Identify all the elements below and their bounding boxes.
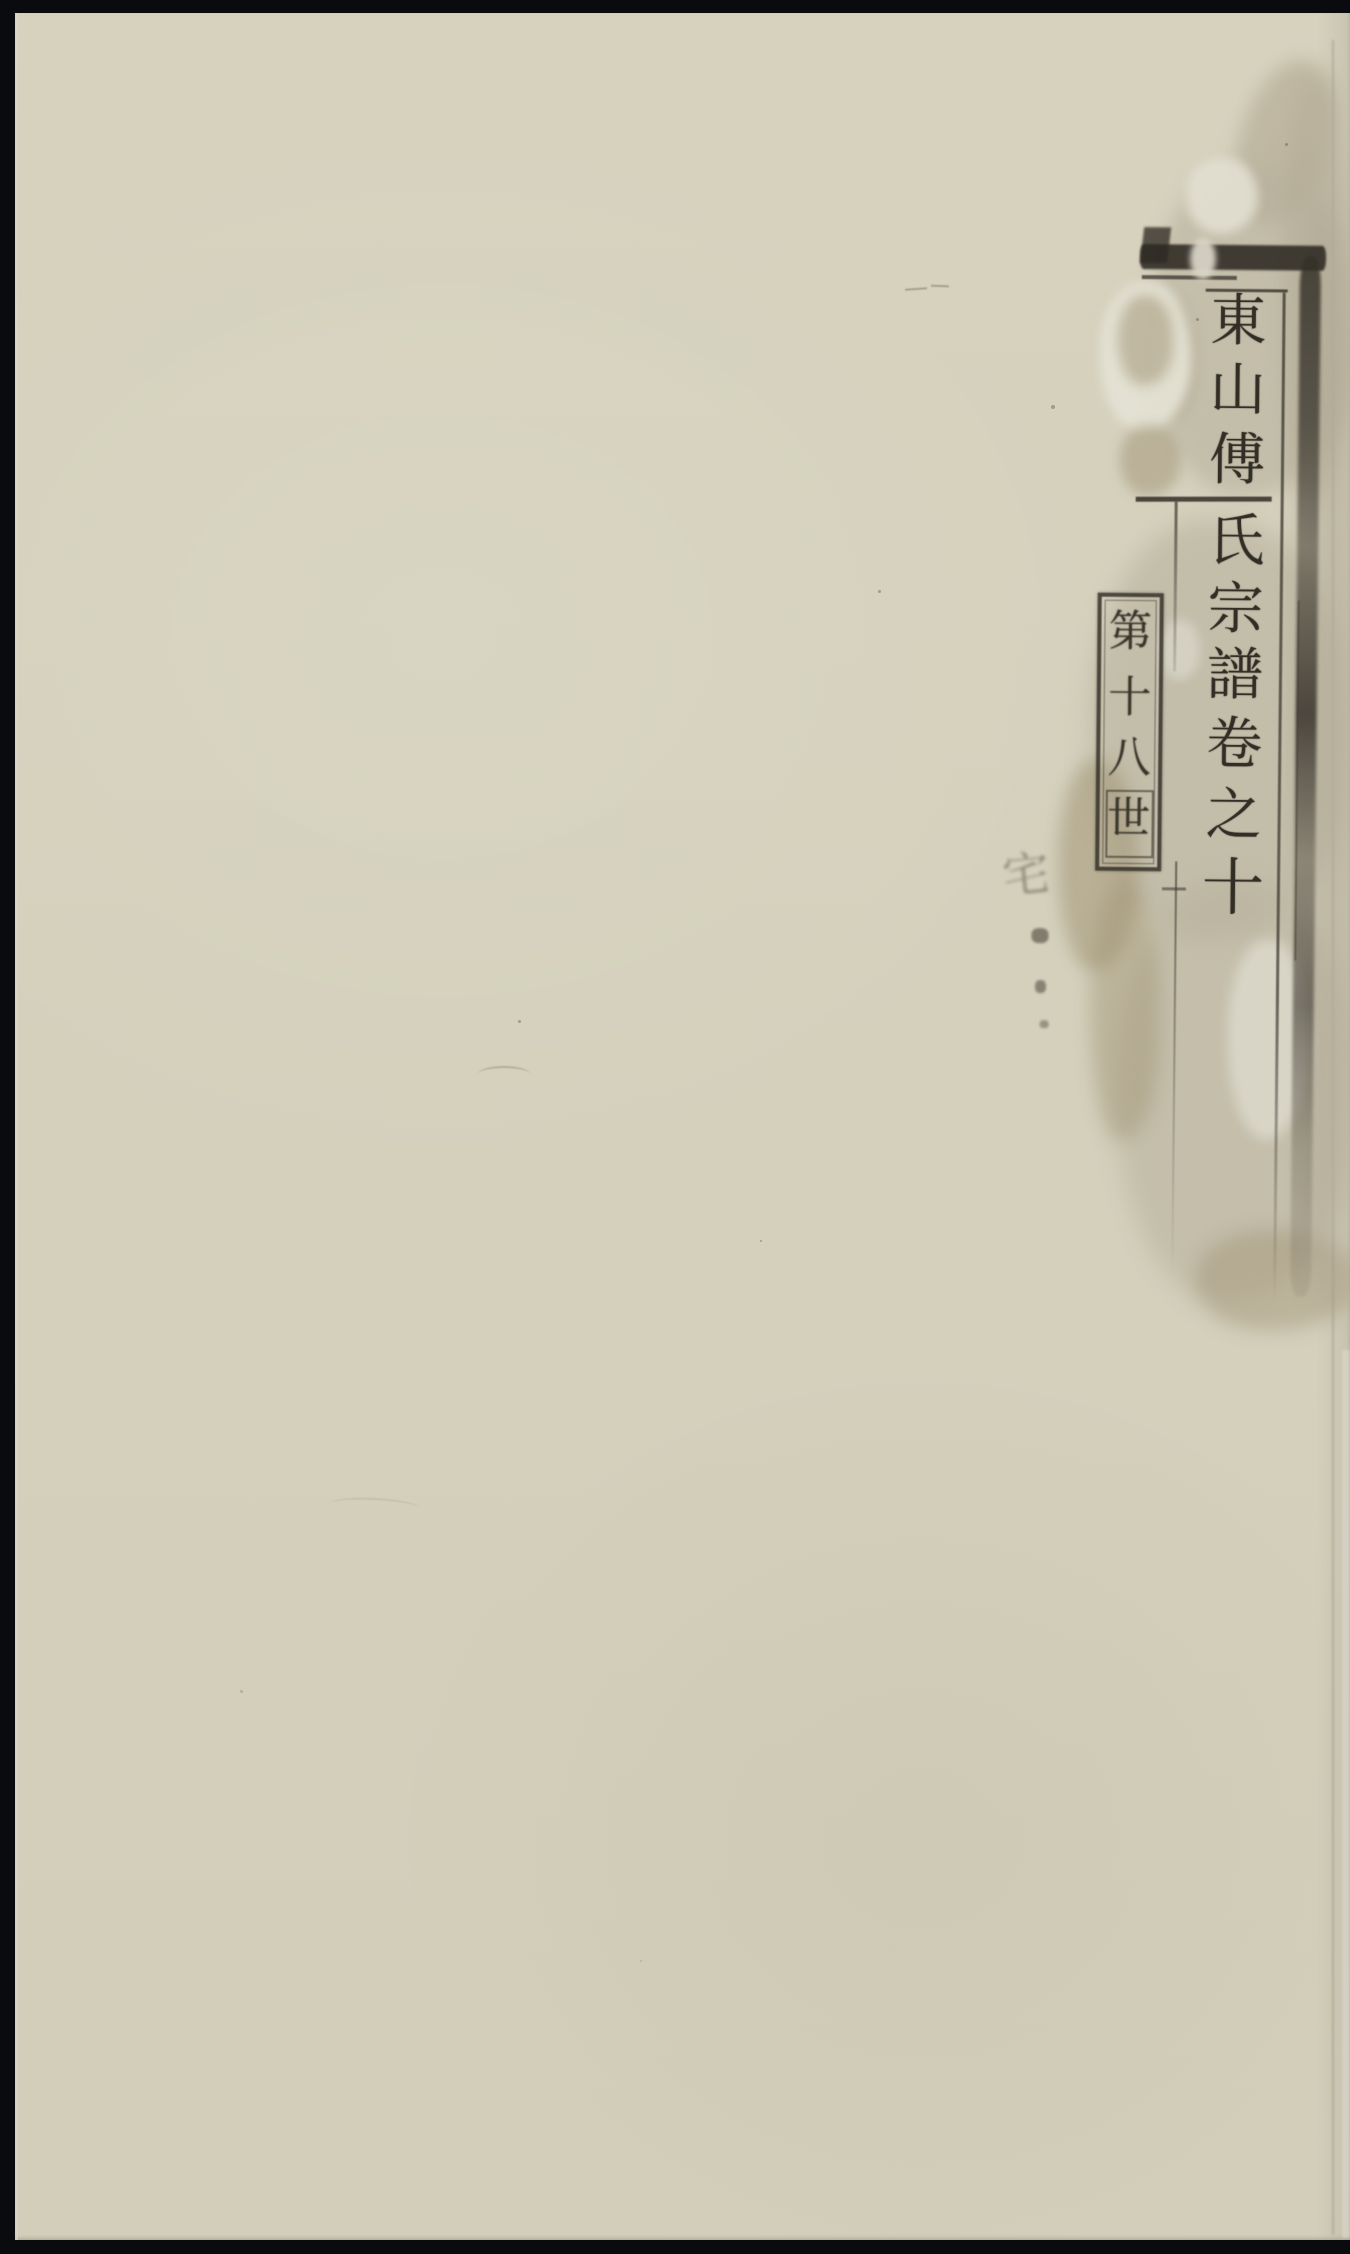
- title-char: 東: [1207, 294, 1270, 351]
- column-line-lower: [1171, 861, 1177, 1276]
- paper-speck: [878, 590, 881, 593]
- ink-remnant: [1035, 980, 1046, 993]
- generation-char: 八: [1100, 737, 1158, 781]
- frame-top-bar-underline: [1142, 275, 1237, 280]
- frame-right-band: [1290, 257, 1321, 1297]
- crease-mark: [478, 1066, 530, 1082]
- title-char: 之: [1202, 788, 1265, 845]
- generation-char: 十: [1101, 677, 1159, 721]
- printed-frame: 東 山 傅 氏 宗 譜 卷 之 十 第 十 八 世 宅: [0, 0, 1350, 2254]
- generation-char-box: [1105, 790, 1154, 858]
- paper-speck: [1051, 405, 1055, 409]
- paper-speck: [1285, 143, 1288, 146]
- paper-speck: [518, 1020, 521, 1023]
- paper-speck: [760, 1240, 762, 1242]
- faint-character: 宅: [999, 836, 1052, 907]
- title-char: 山: [1206, 363, 1269, 420]
- scan-image: 東 山 傅 氏 宗 譜 卷 之 十 第 十 八 世 宅: [0, 0, 1350, 2254]
- frame-top-bar: [1140, 244, 1326, 271]
- ink-remnant: [1040, 1020, 1049, 1028]
- ink-remnant: [1031, 928, 1048, 943]
- torn-gap: [1190, 238, 1216, 280]
- generation-box: 第 十 八 世: [1095, 593, 1164, 872]
- title-char: 卷: [1203, 717, 1266, 774]
- paper-speck: [640, 1960, 642, 1962]
- title-column-left-line: [1173, 501, 1177, 671]
- title-char: 氏: [1205, 514, 1268, 571]
- title-char: 傅: [1206, 433, 1269, 490]
- paper-speck: [240, 1690, 243, 1693]
- column-line-tick: [1162, 887, 1186, 890]
- title-column-mid-rule: [1136, 497, 1272, 502]
- generation-char: 第: [1101, 611, 1159, 655]
- page-edge-light: [1342, 1350, 1350, 2238]
- paper-speck: [1196, 318, 1199, 321]
- title-column: 東 山 傅 氏 宗 譜 卷 之 十: [3, 0, 1350, 1]
- frame-line-right-inner: [1273, 292, 1285, 1302]
- title-char: 宗: [1204, 582, 1267, 639]
- title-char: 十: [1202, 858, 1265, 921]
- title-char: 譜: [1204, 648, 1267, 705]
